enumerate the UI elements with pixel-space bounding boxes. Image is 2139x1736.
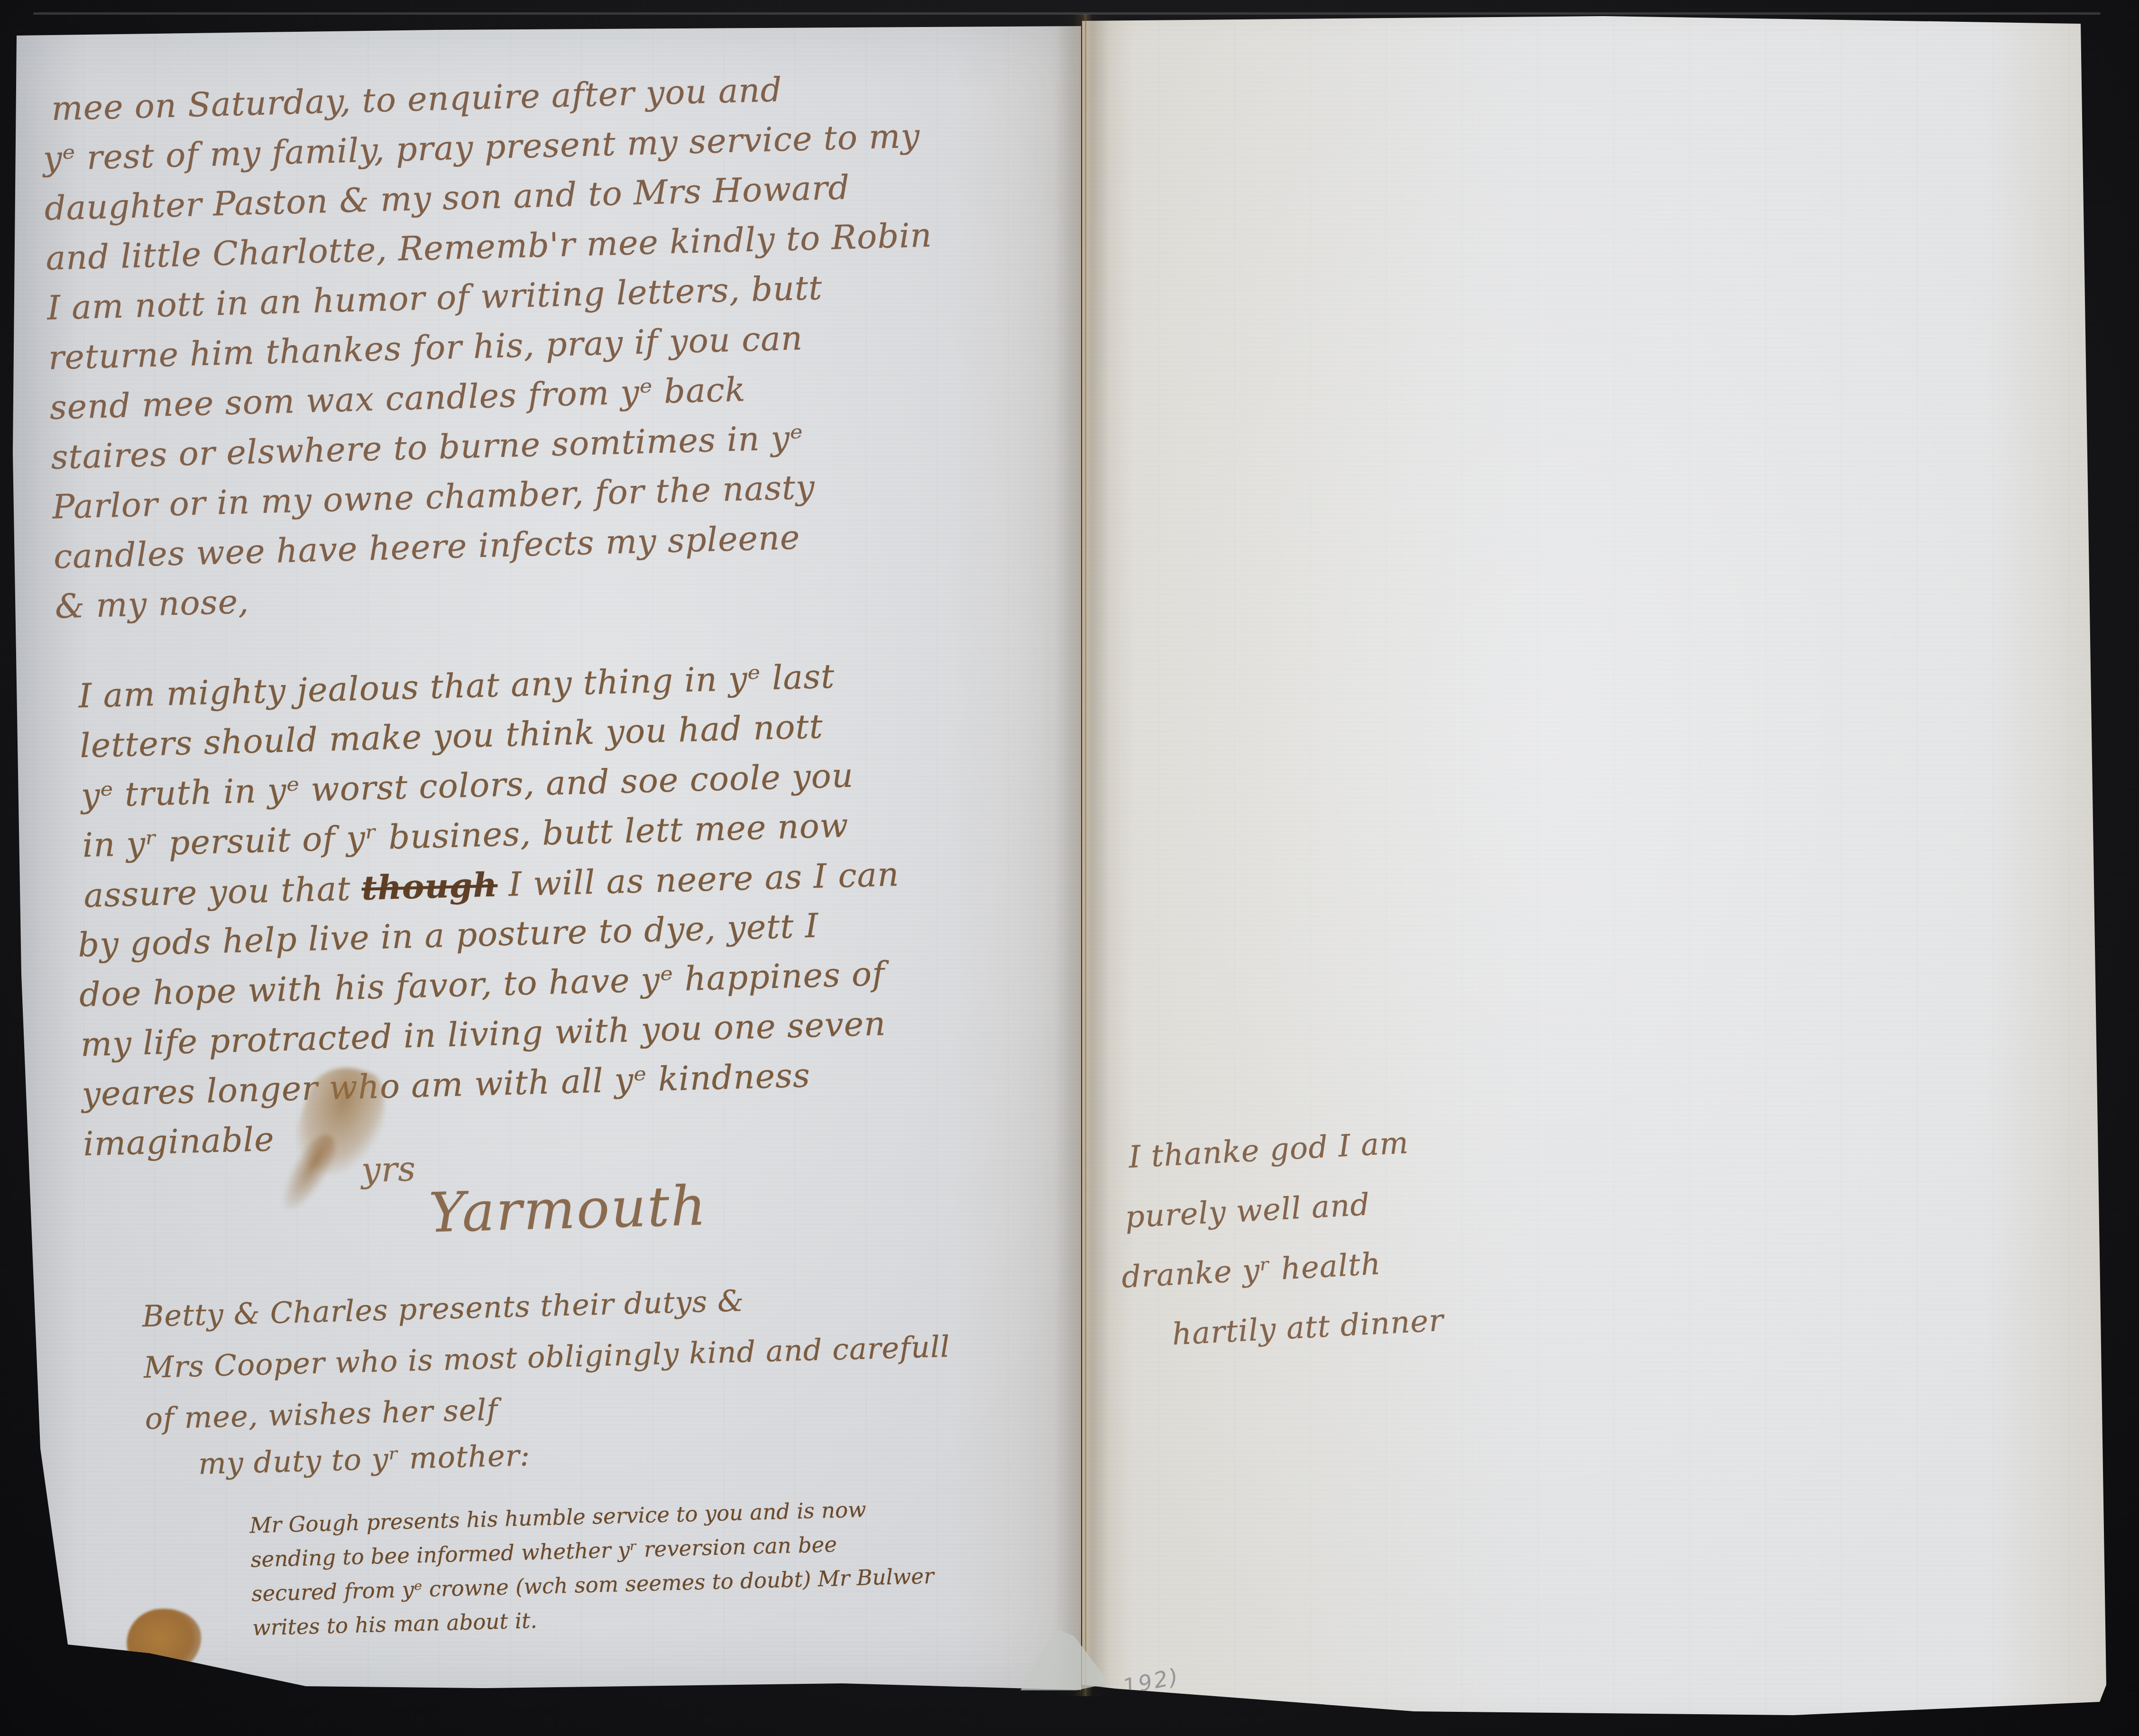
duty-line: my duty to yʳ mother:	[198, 1430, 531, 1489]
letter-paragraph-2: I am mighty jealous that any thing in yᵉ…	[45, 651, 855, 871]
letter-paragraph-1: mee on Saturday, to enquire after you an…	[29, 61, 942, 632]
left-page-text: mee on Saturday, to enquire after you an…	[28, 13, 1086, 1703]
postscript-block: Betty & Charles presents their dutys &Mr…	[61, 1270, 952, 1447]
manuscript-letter-photograph: mee on Saturday, to enquire after you an…	[0, 0, 2139, 1736]
letter-right-page: I thanke god I ampurely well anddranke y…	[1082, 16, 2110, 1718]
signature-yarmouth: Yarmouth	[428, 1181, 708, 1238]
letter-left-page: mee on Saturday, to enquire after you an…	[12, 26, 1081, 1690]
struck-line-post: I will as neere as I can	[497, 855, 900, 904]
letter-paragraph-2-continued: by gods help live in a posture to dye, y…	[51, 899, 890, 1170]
center-fold-gutter	[1056, 14, 1110, 1696]
right-page-note: I thanke god I ampurely well anddranke y…	[1127, 1112, 1445, 1366]
struck-word: though	[361, 865, 498, 907]
pencil-folio-number: 192)	[1120, 1663, 1182, 1700]
struck-line-pre: assure you that	[83, 869, 362, 915]
